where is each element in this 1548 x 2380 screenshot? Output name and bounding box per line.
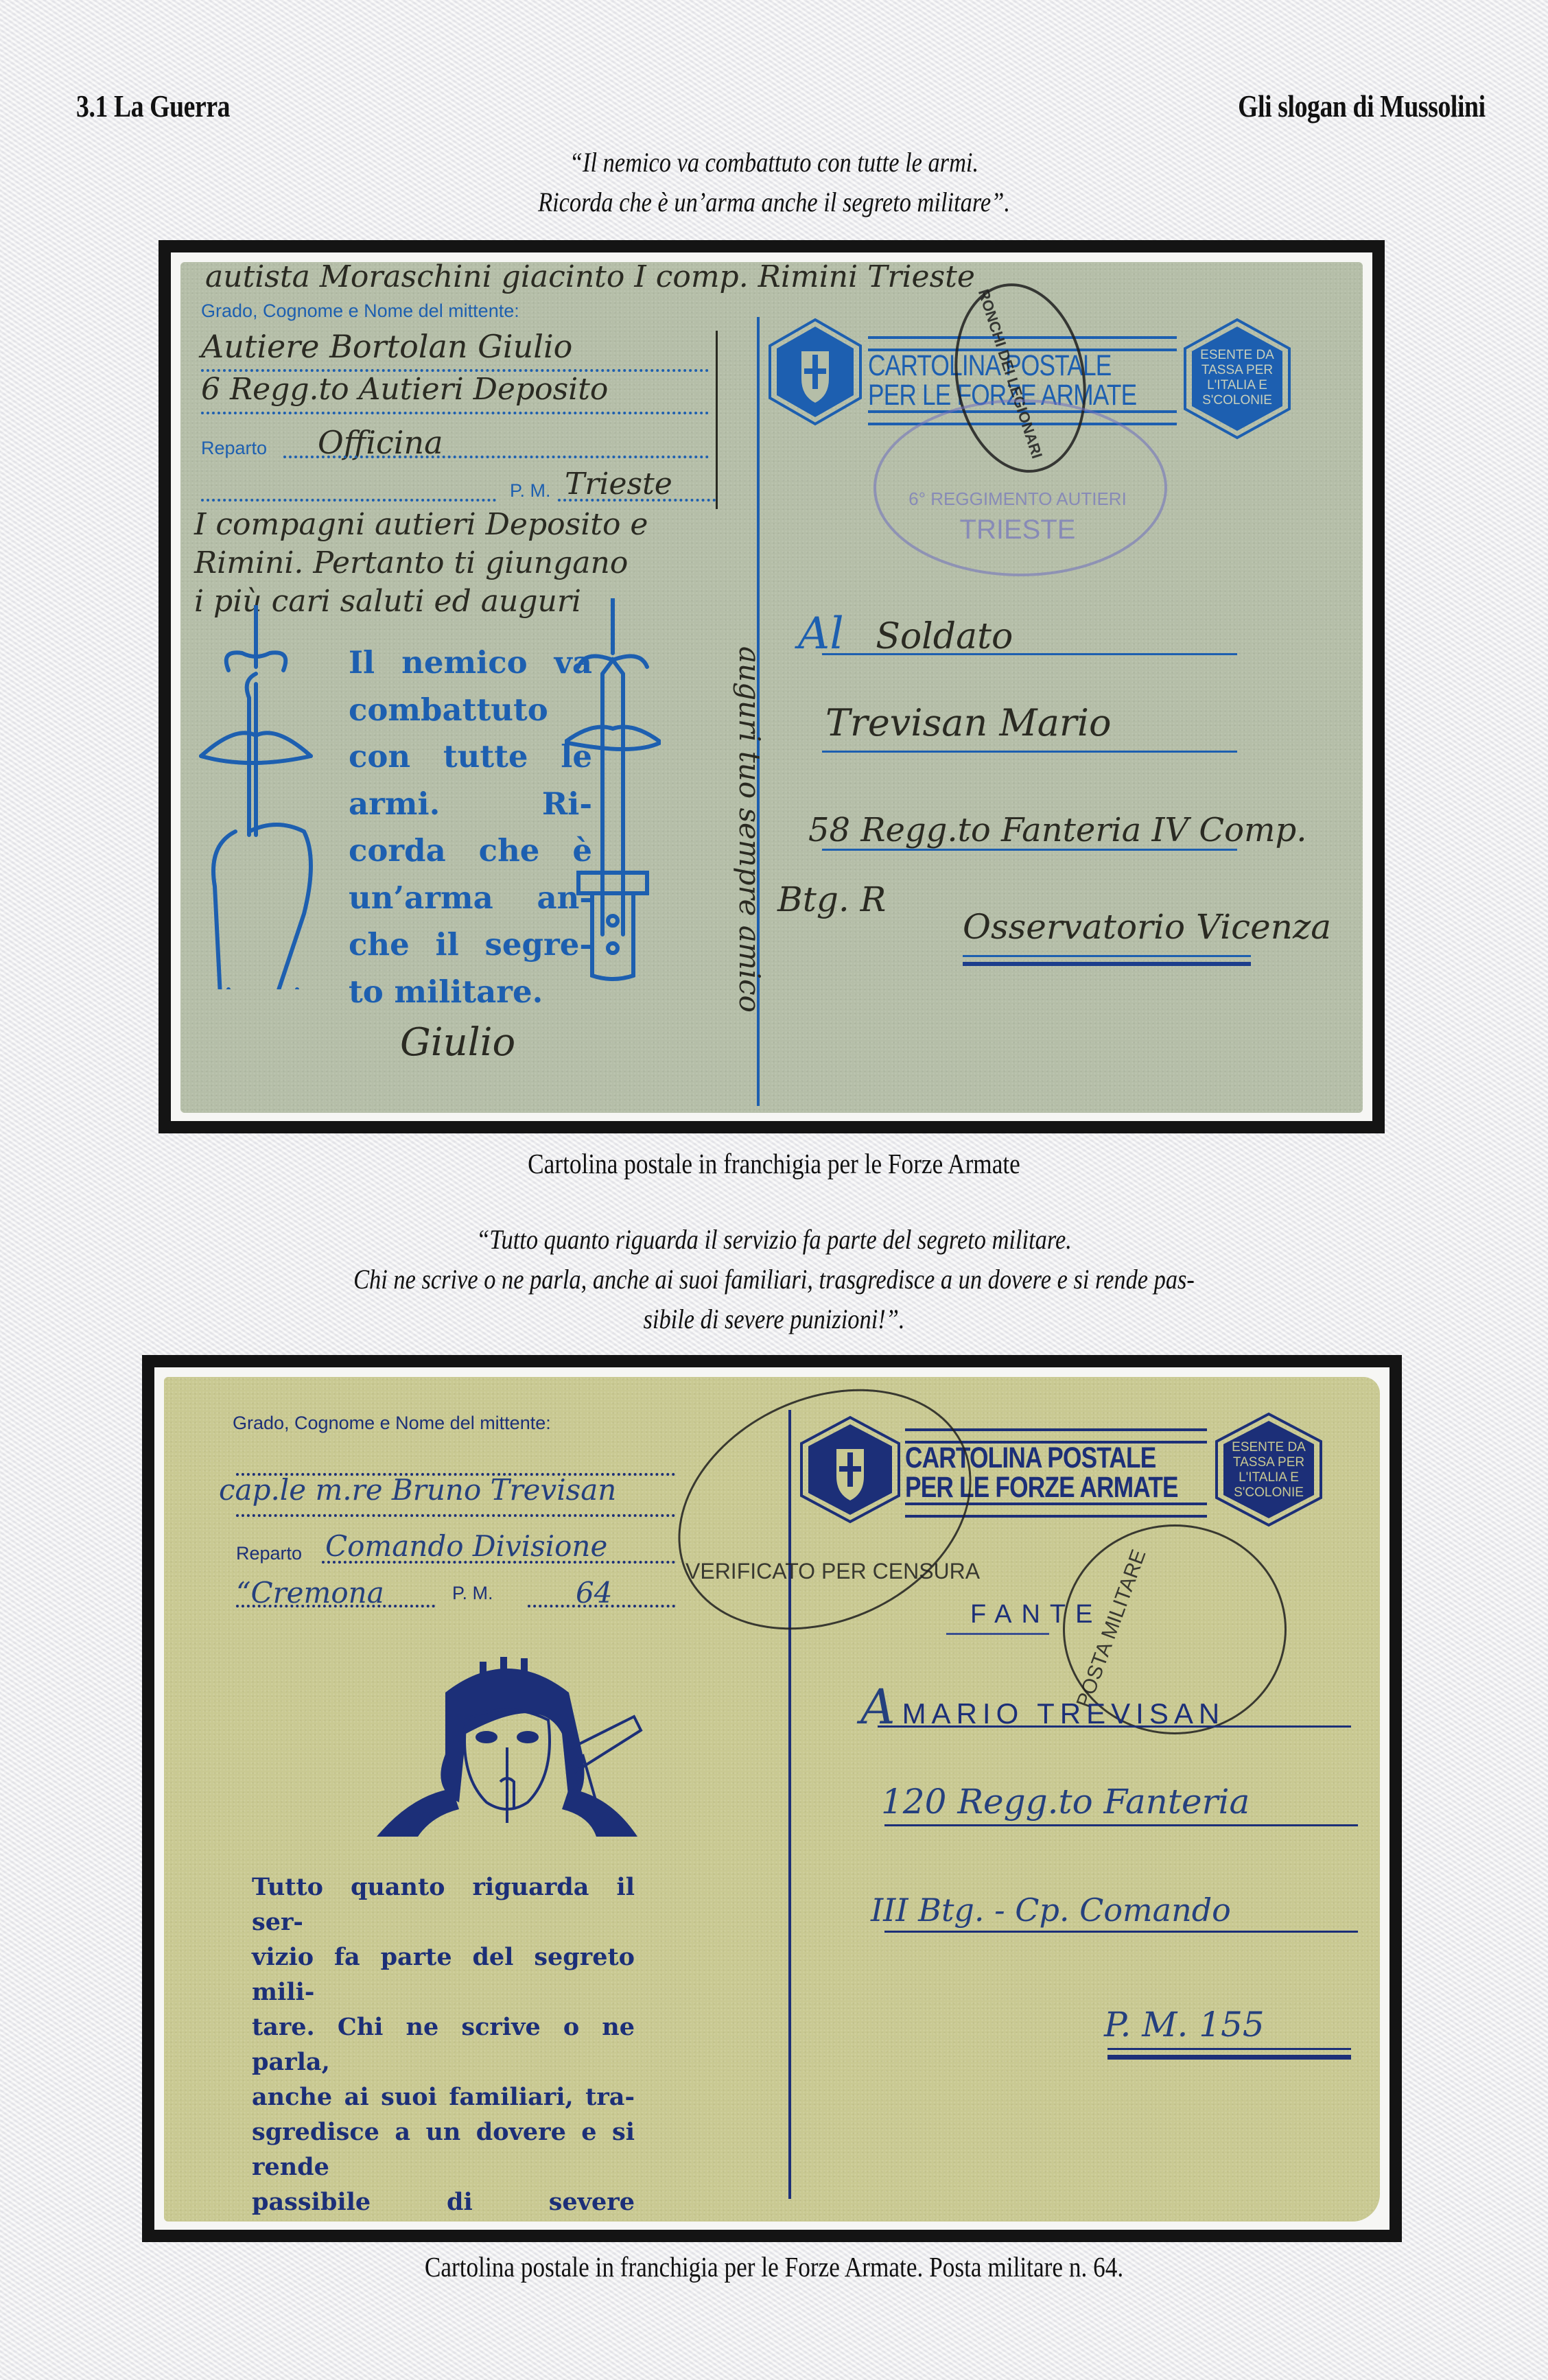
propaganda-slogan: Tutto quanto riguarda il ser- vizio fa p… (252, 1870, 635, 2222)
exempt-line: ESENTE DA (1226, 1440, 1311, 1455)
slogan-line: con tutte le (349, 733, 592, 781)
dotted-line (283, 456, 709, 458)
quote-line: Ricorda che è un’arma anche il segreto m… (108, 182, 1440, 222)
sender-pm: Trieste (565, 467, 672, 502)
slogan-line: Tutto quanto riguarda il ser- (252, 1870, 635, 1940)
address-line (822, 751, 1237, 753)
topic-heading: Gli slogan di Mussolini (1238, 88, 1486, 124)
exhibit1-frame: autista Moraschini giacinto I comp. Rimi… (159, 240, 1385, 1133)
exhibit2-caption: Cartolina postale in franchigia per le F… (108, 2250, 1440, 2283)
recipient-city: Osservatorio Vicenza (963, 907, 1331, 947)
exhibit1-caption: Cartolina postale in franchigia per le F… (108, 1147, 1440, 1180)
oval-postmark-text: VERIFICATO PER CENSURA (685, 1559, 980, 1584)
postcard-2: Grado, Cognome e Nome del mittente: cap.… (164, 1377, 1380, 2222)
sender-label: Grado, Cognome e Nome del mittente: (201, 301, 519, 322)
recipient-line: Al Soldato (798, 609, 1013, 659)
message-line: Rimini. Pertanto ti giungano (194, 544, 648, 582)
exhibit2-quote: “Tutto quanto riguarda il servizio fa pa… (108, 1220, 1440, 1339)
exhibit2-frame: Grado, Cognome e Nome del mittente: cap.… (142, 1355, 1402, 2242)
address-line (822, 653, 1237, 655)
address-line (878, 1725, 1351, 1728)
dotted-line (528, 1605, 675, 1607)
exhibit1-quote: “Il nemico va combattuto con tutte le ar… (108, 143, 1440, 222)
slogan-line: armi. Ri- (349, 781, 592, 828)
section-heading: 3.1 La Guerra (76, 88, 230, 124)
exempt-line: L'ITALIA E (1226, 1470, 1311, 1485)
recipient-unit: 58 Regg.to Fanteria IV Comp. (808, 811, 1307, 849)
address-line (963, 962, 1251, 966)
slogan-line: Il nemico va (349, 639, 592, 687)
oval-postmark-city: TRIESTE (898, 515, 1138, 545)
exempt-line: S'COLONIE (1195, 393, 1280, 408)
quote-line: “Tutto quanto riguarda il servizio fa pa… (108, 1220, 1440, 1260)
handwritten-header: autista Moraschini giacinto I comp. Rimi… (205, 262, 975, 294)
slogan-line: vizio fa parte del segreto mili- (252, 1940, 635, 2010)
slogan-line: sgredisce a un dovere e si rende (252, 2114, 635, 2184)
sender-regiment: 6 Regg.to Autieri Deposito (201, 372, 608, 407)
recipient-battalion: Btg. R (777, 880, 886, 919)
exempt-line: L'ITALIA E (1195, 378, 1280, 393)
sender-name: cap.le m.re Bruno Trevisan (219, 1473, 616, 1507)
address-line (884, 1824, 1358, 1826)
slogan-line: anche ai suoi familiari, tra- (252, 2079, 635, 2114)
address-line (946, 1633, 1049, 1635)
slogan-line: combattuto (349, 687, 592, 734)
dotted-line (322, 1561, 675, 1564)
recipient-title: FANTE (970, 1600, 1102, 1629)
address-line (1107, 2048, 1351, 2050)
postcard-1: autista Moraschini giacinto I comp. Rimi… (180, 262, 1363, 1113)
sender-name: Autiere Bortolan Giulio (201, 328, 572, 365)
arrow-icon (716, 331, 718, 509)
exempt-line: TASSA PER (1226, 1455, 1311, 1470)
exempt-line: TASSA PER (1195, 363, 1280, 378)
exempt-text: ESENTE DA TASSA PER L'ITALIA E S'COLONIE (1195, 348, 1280, 408)
reparto-label: Reparto (201, 438, 267, 459)
dotted-line (236, 1514, 675, 1517)
oval-postmark (873, 399, 1167, 576)
slogan-line: che il segre- (349, 921, 592, 969)
recipient-prefix: Al (798, 609, 844, 659)
exempt-line: S'COLONIE (1226, 1485, 1311, 1500)
message-line: I compagni autieri Deposito e (194, 506, 648, 544)
recipient-regiment: 120 Regg.to Fanteria (881, 1782, 1250, 1822)
sender-reparto: Comando Divisione (325, 1529, 607, 1563)
quote-line: Chi ne scrive o ne parla, anche ai suoi … (108, 1260, 1440, 1299)
dotted-line (201, 499, 496, 502)
recipient-rank: Soldato (876, 616, 1013, 657)
dotted-line (236, 1605, 435, 1607)
exempt-text: ESENTE DA TASSA PER L'ITALIA E S'COLONIE (1226, 1440, 1311, 1500)
signature: Giulio (400, 1020, 515, 1065)
slogan-line: to militare. (349, 969, 592, 1016)
pm-label: P. M. (452, 1583, 493, 1604)
oval-postmark-text: 6° REGGIMENTO AUTIERI (898, 488, 1138, 510)
finger-dagger-illustration (187, 605, 325, 989)
dotted-line (558, 499, 716, 502)
recipient-pm: P. M. 155 (1104, 2005, 1265, 2045)
silence-woman-illustration (363, 1651, 651, 1857)
recipient-name: MARIO TREVISAN (902, 1697, 1225, 1730)
oval-postmark (639, 1377, 1011, 1675)
slogan-line: un’arma an- (349, 875, 592, 922)
exempt-line: ESENTE DA (1195, 348, 1280, 363)
reparto-label: Reparto (236, 1543, 302, 1564)
quote-line: sibile di severe punizioni!”. (108, 1299, 1440, 1339)
recipient-company: III Btg. - Cp. Comando (871, 1892, 1231, 1929)
pm-label: P. M. (510, 480, 551, 502)
address-line (1107, 2055, 1351, 2060)
sender-label: Grado, Cognome e Nome del mittente: (233, 1413, 551, 1434)
quote-line: “Il nemico va combattuto con tutte le ar… (108, 143, 1440, 182)
slogan-line: tare. Chi ne scrive o ne parla, (252, 2010, 635, 2079)
address-line (884, 1931, 1358, 1933)
slogan-line: passibile di severe punizioni! (252, 2184, 635, 2222)
propaganda-slogan: Il nemico va combattuto con tutte le arm… (349, 639, 592, 1015)
handwritten-vertical: auguri tuo sempre amico (733, 646, 766, 1013)
slogan-line: corda che è (349, 827, 592, 875)
address-line (963, 955, 1251, 957)
address-line (822, 849, 1237, 851)
recipient-name: Trevisan Mario (825, 701, 1112, 744)
dotted-line (201, 412, 709, 414)
coat-of-arms-stamp (767, 317, 863, 427)
